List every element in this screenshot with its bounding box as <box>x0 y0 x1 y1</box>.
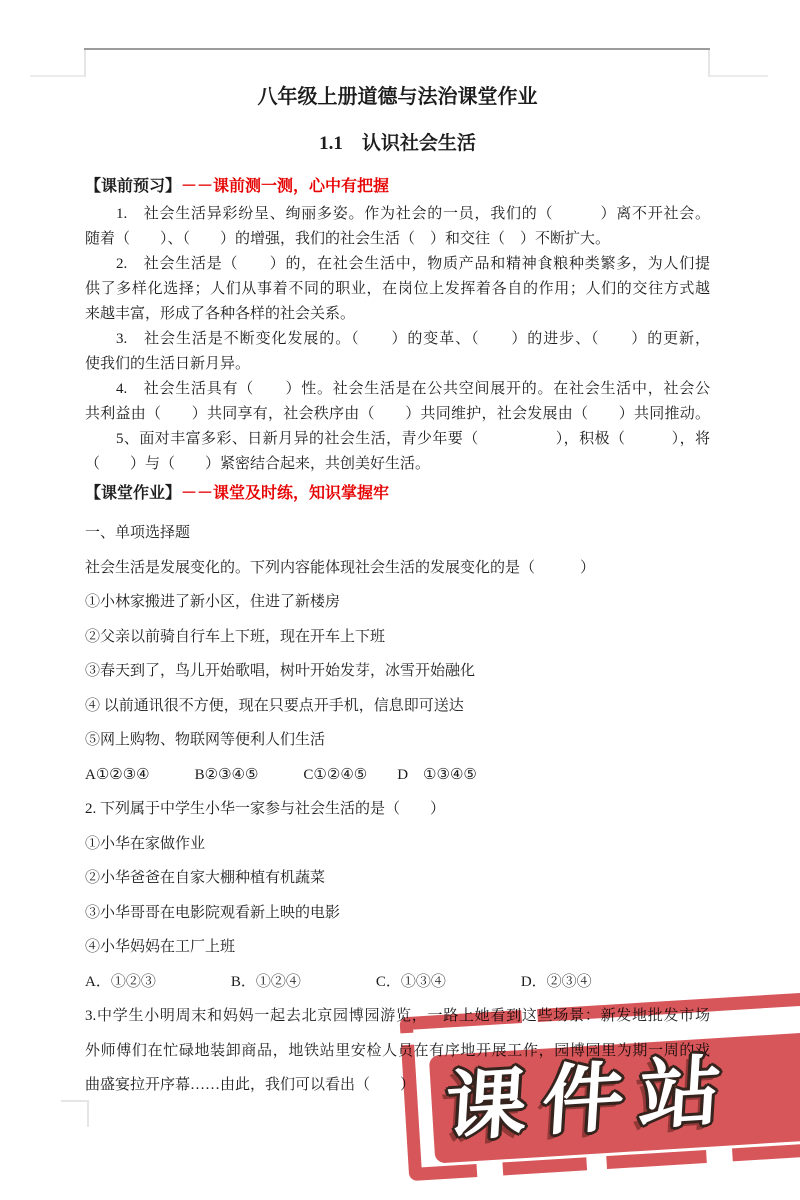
classwork-section-heading: 【课堂作业】－－课堂及时练，知识掌握牢 <box>85 485 710 503</box>
classwork-heading-label: 【课堂作业】 <box>85 485 181 502</box>
document-page: 八年级上册道德与法治课堂作业 1.1 认识社会生活 【课前预习】－－课前测一测，… <box>0 0 800 1200</box>
q1-stem: 社会生活是发展变化的。下列内容能体现社会生活的发展变化的是（ ） <box>85 551 710 586</box>
q2-item-1: ①小华在家做作业 <box>85 827 710 862</box>
q1-item-2: ②父亲以前骑自行车上下班，现在开车上下班 <box>85 620 710 655</box>
q2-item-4: ④小华妈妈在工厂上班 <box>85 930 710 965</box>
q1-item-4: ④ 以前通讯很不方便，现在只要点开手机，信息即可送达 <box>85 689 710 724</box>
q2-stem: 2. 下列属于中学生小华一家参与社会生活的是（ ） <box>85 792 710 827</box>
preview-q3-line2: 使我们的生活日新月异。 <box>85 352 710 377</box>
preview-q1-line1: 1. 社会生活异彩纷呈、绚丽多姿。作为社会的一员，我们的（ ）离不开社会。 <box>85 202 710 227</box>
preview-q5-line1: 5、面对丰富多彩、日新月异的社会生活，青少年要（ ），积极（ ），将 <box>85 427 710 452</box>
document-content: 八年级上册道德与法治课堂作业 1.1 认识社会生活 【课前预习】－－课前测一测，… <box>85 0 710 1103</box>
text-boundary-mark <box>87 1100 89 1127</box>
preview-questions: 1. 社会生活异彩纷呈、绚丽多姿。作为社会的一员，我们的（ ）离不开社会。 随着… <box>85 202 710 477</box>
watermark-stamp: 课件站 <box>399 991 800 1181</box>
q2-item-3: ③小华哥哥在电影院观看新上映的电影 <box>85 896 710 931</box>
preview-q2-line3: 来越丰富，形成了各种各样的社会关系。 <box>85 302 710 327</box>
preview-heading-tagline: －－课前测一测，心中有把握 <box>181 178 389 195</box>
text-boundary-mark <box>30 75 84 77</box>
preview-q4-line2: 共利益由（ ）共同享有，社会秩序由（ ）共同维护，社会发展由（ ）共同推动。 <box>85 402 710 427</box>
preview-section-heading: 【课前预习】－－课前测一测，心中有把握 <box>85 178 710 196</box>
q1-item-1: ①小林家搬进了新小区，住进了新楼房 <box>85 585 710 620</box>
document-title: 八年级上册道德与法治课堂作业 <box>85 86 710 108</box>
watermark-text: 课件站 <box>443 1053 739 1147</box>
classwork-heading-tagline: －－课堂及时练，知识掌握牢 <box>181 485 389 502</box>
lesson-title: 1.1 认识社会生活 <box>85 134 710 154</box>
preview-q5-line2: （ ）与（ ）紧密结合起来，共创美好生活。 <box>85 452 710 477</box>
q1-item-5: ⑤网上购物、物联网等便利人们生活 <box>85 723 710 758</box>
q1-answer-choices: A①②③④ B②③④⑤ C①②④⑤ D ①③④⑤ <box>85 758 710 793</box>
preview-q4-line1: 4. 社会生活具有（ ）性。社会生活是在公共空间展开的。在社会生活中，社会公 <box>85 377 710 402</box>
preview-q1-line2: 随着（ ）、（ ）的增强，我们的社会生活（ ）和交往（ ）不断扩大。 <box>85 227 710 252</box>
q2-item-2: ②小华爸爸在自家大棚种植有机蔬菜 <box>85 861 710 896</box>
q2-answer-choices: A．①②③ B．①②④ C．①③④ D．②③④ <box>85 965 710 1000</box>
preview-q2-line1: 2. 社会生活是（ ）的，在社会生活中，物质产品和精神食粮种类繁多，为人们提 <box>85 252 710 277</box>
preview-heading-label: 【课前预习】 <box>85 178 181 195</box>
preview-q2-line2: 供了多样化选择；人们从事着不同的职业，在岗位上发挥着各自的作用；人们的交往方式越 <box>85 277 710 302</box>
question-type-heading: 一、单项选择题 <box>85 516 710 551</box>
preview-q3-line1: 3. 社会生活是不断变化发展的。（ ）的变革、（ ）的进步、（ ）的更新， <box>85 327 710 352</box>
q1-item-3: ③春天到了，鸟儿开始歌唱，树叶开始发芽，冰雪开始融化 <box>85 654 710 689</box>
text-boundary-mark <box>710 75 768 77</box>
